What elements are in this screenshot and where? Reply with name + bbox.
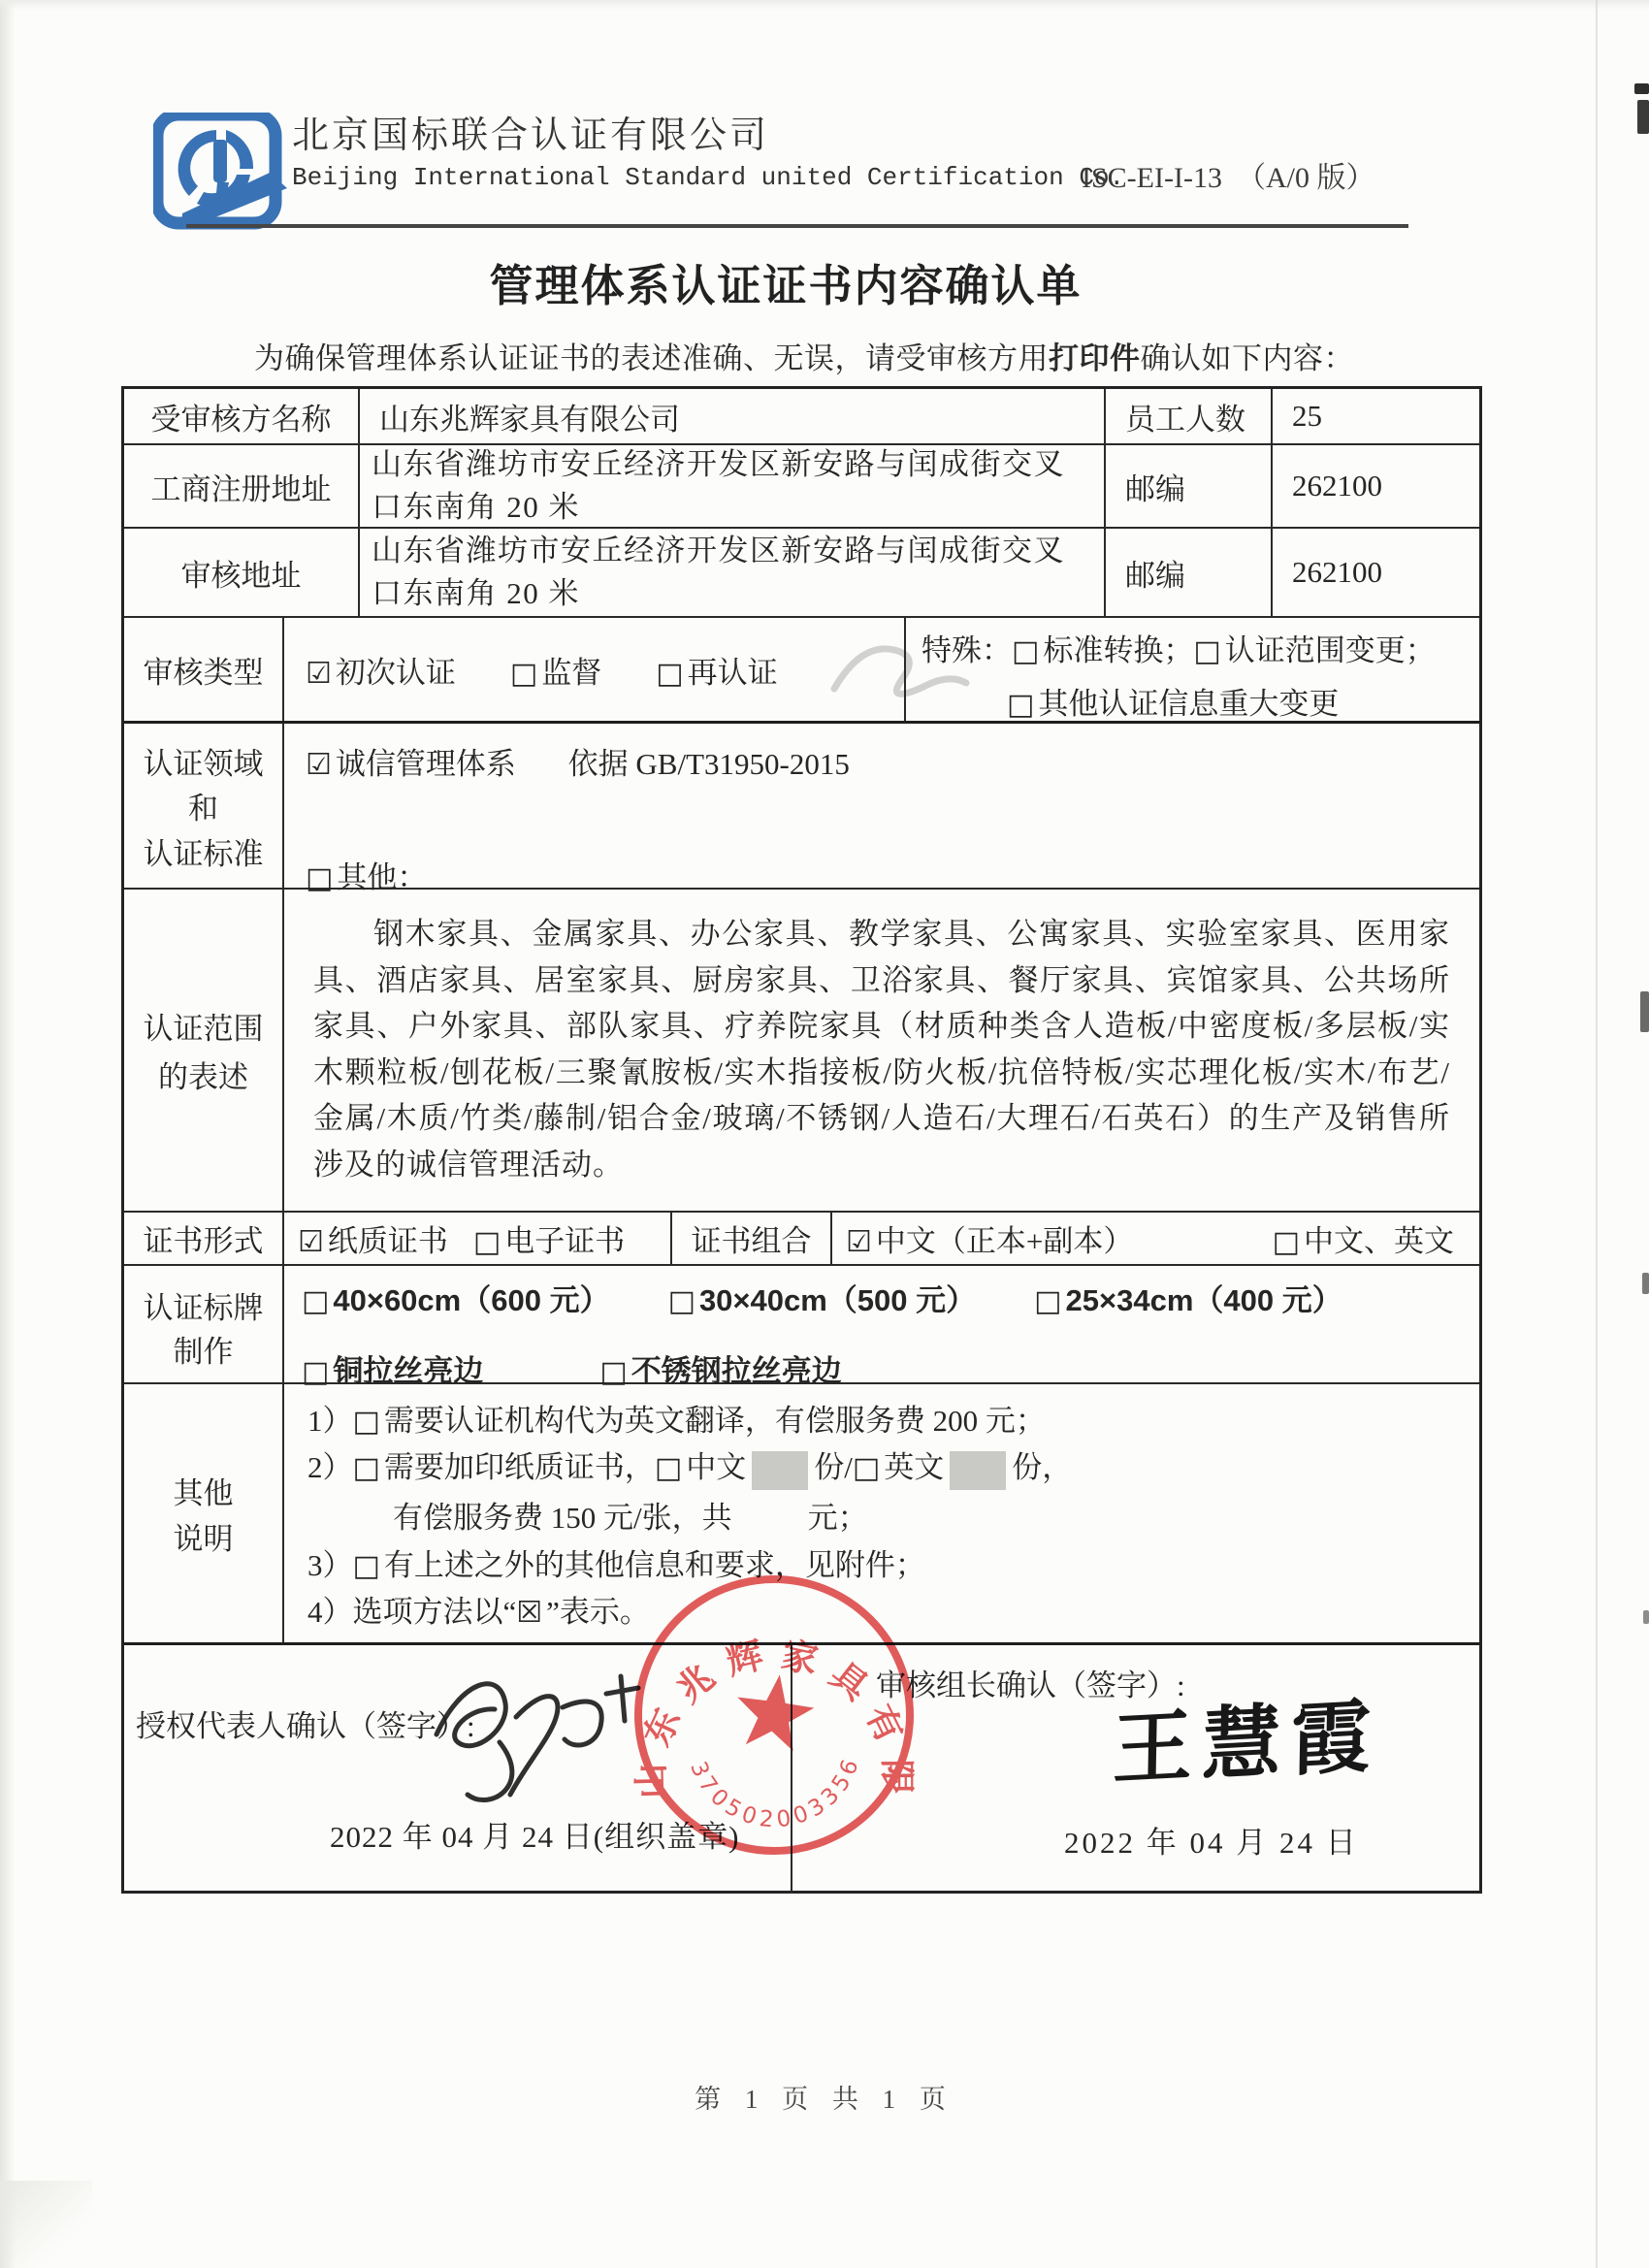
audit-leader-date: 2022 年 04 月 24 日 xyxy=(1064,1818,1359,1862)
employee-count-value: 25 xyxy=(1271,389,1479,443)
checkbox-unchecked-icon: □ xyxy=(353,1549,380,1583)
audit-type-options: ☑初次认证 □监督 □再认证 xyxy=(282,618,904,721)
checkbox-option: □其他认证信息重大变更 xyxy=(1007,687,1339,721)
item-text: 份/ xyxy=(814,1450,853,1484)
special-prefix: 特殊： xyxy=(921,633,1012,667)
scan-edge-mark xyxy=(1642,1273,1649,1294)
employee-count-label: 员工人数 xyxy=(1104,389,1271,443)
special-line-1: 特殊：□标准转换；□认证范围变更； xyxy=(921,626,1479,669)
checkbox-crossed-icon: ☒ xyxy=(516,1596,542,1630)
label-line: 认证标准 xyxy=(144,829,264,873)
note-item-1: 1）□需要认证机构代为英文翻译，有偿服务费 200 元； xyxy=(307,1396,1479,1440)
auditee-name: 山东兆辉家具有限公司 xyxy=(358,389,1104,443)
option-label: 电子证书 xyxy=(504,1224,625,1258)
checkbox-option: ☑初次认证 xyxy=(306,648,456,692)
checkbox-checked-icon: ☑ xyxy=(306,748,332,782)
scan-edge-mark xyxy=(1640,991,1649,1032)
label-line: 认证领域 xyxy=(144,739,264,783)
cert-field-content: ☑诚信管理体系 依据 GB/T31950-2015 □其他： xyxy=(282,724,1479,888)
scan-left-edge-shadow xyxy=(0,0,16,2268)
table-row: 审核类型 ☑初次认证 □监督 □再认证 特殊：□标准转换；□认证范围变更； □其… xyxy=(124,616,1479,721)
item-number: 3） xyxy=(307,1548,353,1582)
label-line: 其他 xyxy=(174,1469,234,1512)
scan-edge-mark xyxy=(1637,100,1649,134)
checkbox-unchecked-icon: □ xyxy=(302,1284,329,1318)
option-label: 再认证 xyxy=(688,656,778,690)
row-label: 证书形式 xyxy=(124,1213,282,1264)
fill-in-blank xyxy=(950,1451,1006,1490)
page-title: 管理体系认证证书内容确认单 xyxy=(0,250,1571,313)
option-label: 监督 xyxy=(541,656,601,690)
item-number: 4） xyxy=(307,1595,353,1629)
item-text: 需要加印纸质证书， xyxy=(384,1450,655,1484)
checkbox-unchecked-icon: □ xyxy=(853,1451,880,1485)
option-label: 40×60cm（600 元） xyxy=(333,1283,609,1317)
checkbox-checked-icon: ☑ xyxy=(306,657,332,691)
company-logo xyxy=(153,113,289,231)
checkbox-unchecked-icon: □ xyxy=(473,1225,501,1259)
row-label: 认证范围 的表述 xyxy=(124,890,282,1211)
option-label: 铜拉丝亮边 xyxy=(333,1354,483,1388)
combo-label: 证书组合 xyxy=(670,1213,830,1264)
note-item-2: 2）□需要加印纸质证书，□中文份/□英文份， xyxy=(307,1442,1479,1490)
table-row: 证书形式 ☑纸质证书 □电子证书 证书组合 ☑中文（正本+副本） □中文、英文 xyxy=(124,1211,1479,1264)
checkbox-option: □40×60cm（600 元） xyxy=(302,1276,610,1319)
option-label: 其他认证信息重大变更 xyxy=(1038,687,1339,721)
checkbox-option: □标准转换； xyxy=(1012,633,1193,667)
scan-fold-line xyxy=(1596,0,1598,2268)
checkbox-unchecked-icon: □ xyxy=(353,1405,380,1439)
scan-top-edge-shadow xyxy=(0,0,1649,10)
checkbox-unchecked-icon: □ xyxy=(510,657,537,691)
checkbox-option: ☑诚信管理体系 xyxy=(306,747,516,781)
scope-description: 钢木家具、金属家具、办公家具、教学家具、公寓家具、实验室家具、医用家具、酒店家具… xyxy=(282,890,1479,1211)
audit-address: 山东省潍坊市安丘经济开发区新安路与闰成街交叉口东南角 20 米 xyxy=(358,529,1104,616)
option-label: 中文（正本+副本） xyxy=(876,1224,1133,1258)
checkbox-option: □认证范围变更； xyxy=(1193,633,1435,667)
label-line: 制作 xyxy=(174,1327,234,1371)
item-text: 份， xyxy=(1012,1450,1072,1484)
row-label: 认证标牌 制作 xyxy=(124,1266,282,1382)
label-line: 认证范围 xyxy=(144,1004,264,1048)
checkbox-option: □30×40cm（500 元） xyxy=(668,1276,977,1319)
row-label: 认证领域 和 认证标准 xyxy=(124,724,282,888)
item-text: 元； xyxy=(808,1501,868,1535)
registered-address: 山东省潍坊市安丘经济开发区新安路与闰成街交叉口东南角 20 米 xyxy=(358,445,1104,527)
checkbox-option: □25×34cm（400 元） xyxy=(1034,1276,1342,1319)
intro-pre: 为确保管理体系认证证书的表述准确、无误，请受审核方用 xyxy=(254,341,1049,375)
row-label: 审核类型 xyxy=(124,618,282,721)
special-line-2: □其他认证信息重大变更 xyxy=(1007,679,1479,723)
stamp-star xyxy=(731,1669,819,1753)
row-label: 其他 说明 xyxy=(124,1384,282,1642)
item-text: 需要认证机构代为英文翻译，有偿服务费 200 元； xyxy=(384,1404,1046,1438)
company-name-cn: 北京国标联合认证有限公司 xyxy=(292,105,769,158)
option-label: 纸质证书 xyxy=(328,1224,448,1258)
note-item-2b: 有偿服务费 150 元/张，共元； xyxy=(393,1493,1479,1537)
table-row: 审核地址 山东省潍坊市安丘经济开发区新安路与闰成街交叉口东南角 20 米 邮编 … xyxy=(124,527,1479,616)
checkbox-option: □电子证书 xyxy=(473,1216,625,1260)
option-label: 诚信管理体系 xyxy=(336,747,516,781)
item-number: 1） xyxy=(307,1404,353,1438)
stamp-company-text: 山东兆辉家具有限公司 xyxy=(621,1568,917,1799)
table-row: 认证标牌 制作 □40×60cm（600 元） □30×40cm（500 元） … xyxy=(124,1264,1479,1382)
intro-line: 为确保管理体系认证证书的表述准确、无误，请受审核方用打印件确认如下内容： xyxy=(254,334,1354,377)
table-row: 工商注册地址 山东省潍坊市安丘经济开发区新安路与闰成街交叉口东南角 20 米 邮… xyxy=(124,443,1479,527)
checkbox-option: □监督 xyxy=(510,648,601,692)
cert-field-main: ☑诚信管理体系 依据 GB/T31950-2015 xyxy=(306,739,1479,783)
standard-basis: 依据 GB/T31950-2015 xyxy=(568,747,850,781)
page-footer: 第 1 页 共 1 页 xyxy=(0,2078,1649,2116)
plaque-sizes: □40×60cm（600 元） □30×40cm（500 元） □25×34cm… xyxy=(302,1276,1479,1319)
table-row: 认证范围 的表述 钢木家具、金属家具、办公家具、教学家具、公寓家具、实验室家具、… xyxy=(124,888,1479,1211)
row-label: 审核地址 xyxy=(124,529,358,616)
checkbox-checked-icon: ☑ xyxy=(298,1225,324,1259)
option-label: 初次认证 xyxy=(336,656,456,690)
scan-corner-shadow xyxy=(0,2181,92,2268)
intro-bold: 打印件 xyxy=(1049,341,1141,375)
checkbox-unchecked-icon: □ xyxy=(1034,1284,1061,1318)
label-line: 和 xyxy=(188,784,218,827)
scanned-document-page: 北京国标联合认证有限公司 Beijing International Stand… xyxy=(0,0,1649,2268)
checkbox-unchecked-icon: □ xyxy=(353,1451,380,1485)
item-text: 选项方法以“ xyxy=(353,1595,517,1629)
row-label: 工商注册地址 xyxy=(124,445,358,527)
option-label: 中文、英文 xyxy=(1304,1224,1454,1258)
checkbox-unchecked-icon: □ xyxy=(1012,634,1039,668)
auditor-signature: 王慧霞 xyxy=(1112,1673,1381,1801)
checkbox-option: □中文、英文 xyxy=(1273,1216,1454,1260)
checkbox-unchecked-icon: □ xyxy=(1273,1225,1300,1259)
item-text: 中文 xyxy=(686,1450,746,1484)
item-number: 2） xyxy=(307,1450,353,1484)
row-label: 受审核方名称 xyxy=(124,389,358,443)
postcode-label: 邮编 xyxy=(1104,529,1271,616)
table-row: 认证领域 和 认证标准 ☑诚信管理体系 依据 GB/T31950-2015 □其… xyxy=(124,721,1479,888)
checkbox-unchecked-icon: □ xyxy=(1193,634,1220,668)
option-label: 标准转换； xyxy=(1043,633,1193,667)
svg-text:山东兆辉家具有限公司: 山东兆辉家具有限公司 xyxy=(621,1568,917,1799)
label-line: 认证标牌 xyxy=(144,1283,264,1327)
checkbox-checked-icon: ☑ xyxy=(846,1225,872,1259)
option-label: 25×34cm（400 元） xyxy=(1066,1283,1342,1317)
special-audit-options: 特殊：□标准转换；□认证范围变更； □其他认证信息重大变更 xyxy=(904,618,1479,721)
checkbox-unchecked-icon: □ xyxy=(656,657,683,691)
cert-form-options: ☑纸质证书 □电子证书 xyxy=(282,1213,670,1264)
checkbox-option: ☑纸质证书 xyxy=(298,1216,448,1260)
scan-edge-mark xyxy=(1643,1610,1649,1624)
header-divider xyxy=(186,224,1408,228)
postcode-label: 邮编 xyxy=(1104,445,1271,527)
checkbox-unchecked-icon: □ xyxy=(1007,688,1034,722)
checkbox-option: ☑中文（正本+副本） xyxy=(846,1216,1133,1260)
checkbox-unchecked-icon: □ xyxy=(668,1284,695,1318)
option-label: 30×40cm（500 元） xyxy=(699,1283,976,1317)
item-text: 有偿服务费 150 元/张，共 xyxy=(393,1501,732,1535)
table-row: 受审核方名称 山东兆辉家具有限公司 员工人数 25 xyxy=(124,389,1479,443)
company-stamp: 山东兆辉家具有限公司 37050200335669 xyxy=(621,1568,927,1870)
fill-in-blank xyxy=(752,1451,808,1490)
item-text: 英文 xyxy=(884,1450,944,1484)
postcode-value: 262100 xyxy=(1271,529,1479,616)
combo-options: ☑中文（正本+副本） □中文、英文 xyxy=(830,1213,1479,1264)
scan-edge-mark xyxy=(1634,83,1649,94)
option-label: 不锈钢拉丝亮边 xyxy=(631,1354,842,1388)
checkbox-unchecked-icon: □ xyxy=(655,1451,682,1485)
label-line: 的表述 xyxy=(158,1053,248,1096)
company-name-en: Beijing International Standard united Ce… xyxy=(292,163,1124,192)
document-code: ISC-EI-I-13 （A/0 版） xyxy=(1082,153,1374,196)
plaque-options: □40×60cm（600 元） □30×40cm（500 元） □25×34cm… xyxy=(282,1266,1479,1382)
label-line: 说明 xyxy=(174,1514,234,1558)
postcode-value: 262100 xyxy=(1271,445,1479,527)
checkbox-option: □再认证 xyxy=(656,648,777,692)
intro-post: 确认如下内容： xyxy=(1141,341,1355,375)
option-label: 认证范围变更； xyxy=(1225,633,1436,667)
